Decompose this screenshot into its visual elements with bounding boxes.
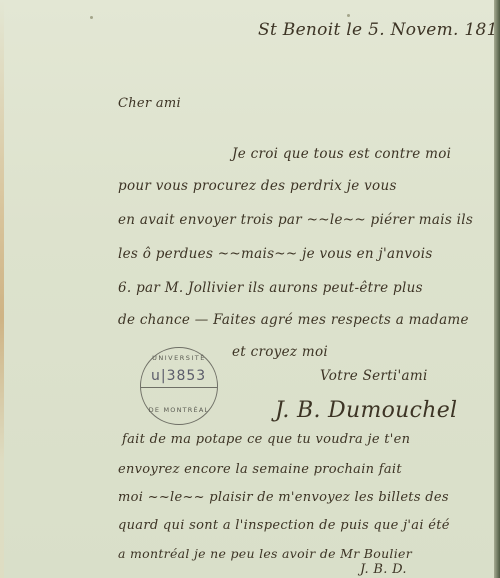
paper-speck bbox=[347, 14, 350, 17]
closing-line-1: et croyez moi bbox=[232, 344, 328, 360]
library-stamp: UNIVERSITÉ u|3853 DE MONTRÉAL bbox=[140, 347, 218, 425]
stamp-top-text: UNIVERSITÉ bbox=[141, 354, 217, 362]
postscript-line-5: a montréal je ne peu les avoir de Mr Bou… bbox=[118, 546, 412, 561]
body-line-1: Je croi que tous est contre moi bbox=[232, 146, 451, 162]
letter-page: St Benoit le 5. Novem. 1819 Cher ami Je … bbox=[0, 0, 500, 578]
body-line-5: 6. par M. Jollivier ils aurons peut-être… bbox=[118, 280, 423, 296]
postscript-line-1: fait de ma potape ce que tu voudra je t'… bbox=[122, 432, 410, 447]
body-line-6: de chance — Faites agré mes respects a m… bbox=[118, 312, 469, 328]
dateline: St Benoit le 5. Novem. 1819 bbox=[258, 20, 500, 40]
postscript-line-4: quard qui sont a l'inspection de puis qu… bbox=[118, 518, 450, 533]
stamp-bottom-text: DE MONTRÉAL bbox=[141, 406, 217, 414]
body-line-2: pour vous procurez des perdrix je vous bbox=[118, 178, 397, 194]
body-line-3: en avait envoyer trois par ~~le~~ piérer… bbox=[118, 212, 473, 228]
closing-line-2: Votre Serti'ami bbox=[320, 368, 428, 384]
body-line-4: les ô perdues ~~mais~~ je vous en j'anvo… bbox=[118, 246, 433, 262]
postscript-initials: J. B. D. bbox=[360, 562, 407, 577]
signature: J. B. Dumouchel bbox=[275, 398, 457, 423]
paper-speck bbox=[90, 16, 93, 19]
salutation: Cher ami bbox=[118, 96, 181, 111]
stamp-catalog-number: u|3853 bbox=[151, 368, 206, 384]
postscript-line-3: moi ~~le~~ plaisir de m'envoyez les bill… bbox=[118, 490, 449, 505]
postscript-line-2: envoyrez encore la semaine prochain fait bbox=[118, 462, 402, 477]
stamp-divider bbox=[141, 387, 217, 388]
